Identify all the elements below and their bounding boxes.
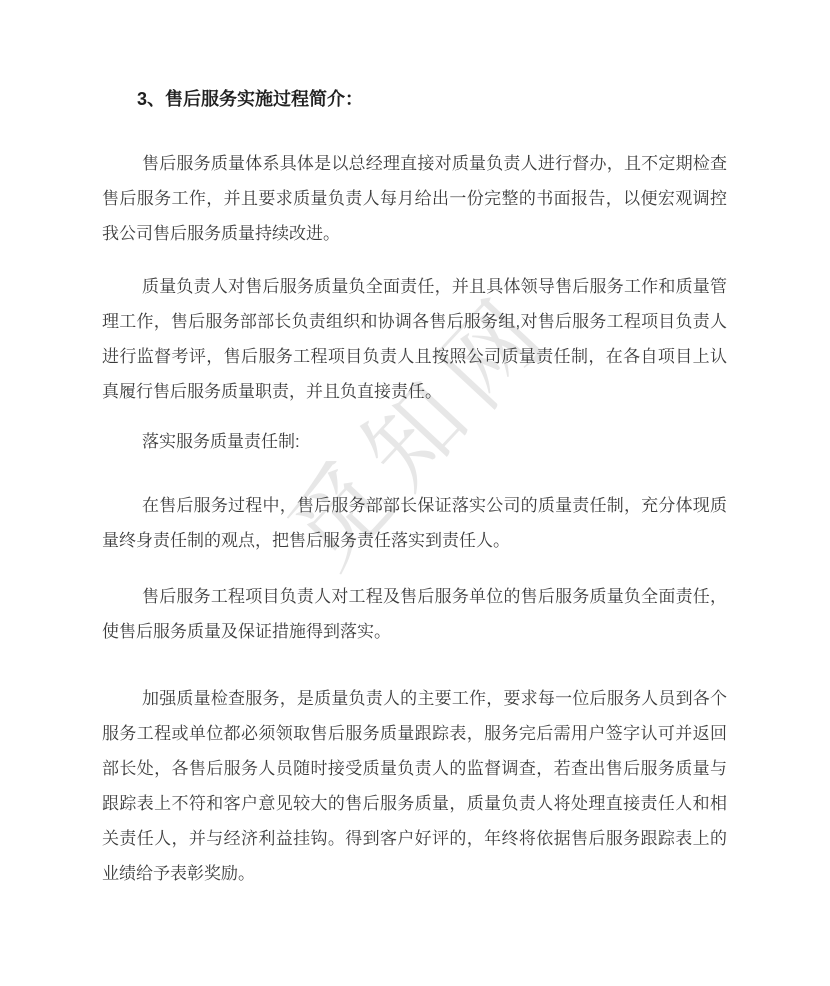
paragraph: 质量负责人对售后服务质量负全面责任，并且具体领导售后服务工作和质量管理工作，售后… — [102, 269, 727, 409]
paragraph: 售后服务工程项目负责人对工程及售后服务单位的售后服务质量负全面责任，使售后服务质… — [102, 579, 727, 649]
section-heading: 3、售后服务实施过程简介： — [137, 86, 727, 112]
paragraph: 落实服务质量责任制: — [102, 424, 727, 459]
paragraph: 售后服务质量体系具体是以总经理直接对质量负责人进行督办，且不定期检查售后服务工作… — [102, 146, 727, 251]
paragraph: 在售后服务过程中，售后服务部部长保证落实公司的质量责任制，充分体现质量终身责任制… — [102, 488, 727, 558]
document-content: 3、售后服务实施过程简介： 售后服务质量体系具体是以总经理直接对质量负责人进行督… — [102, 0, 727, 891]
paragraph: 加强质量检查服务，是质量负责人的主要工作，要求每一位后服务人员到各个服务工程或单… — [102, 681, 727, 891]
document-page: 觅知网 3、售后服务实施过程简介： 售后服务质量体系具体是以总经理直接对质量负责… — [0, 0, 830, 986]
